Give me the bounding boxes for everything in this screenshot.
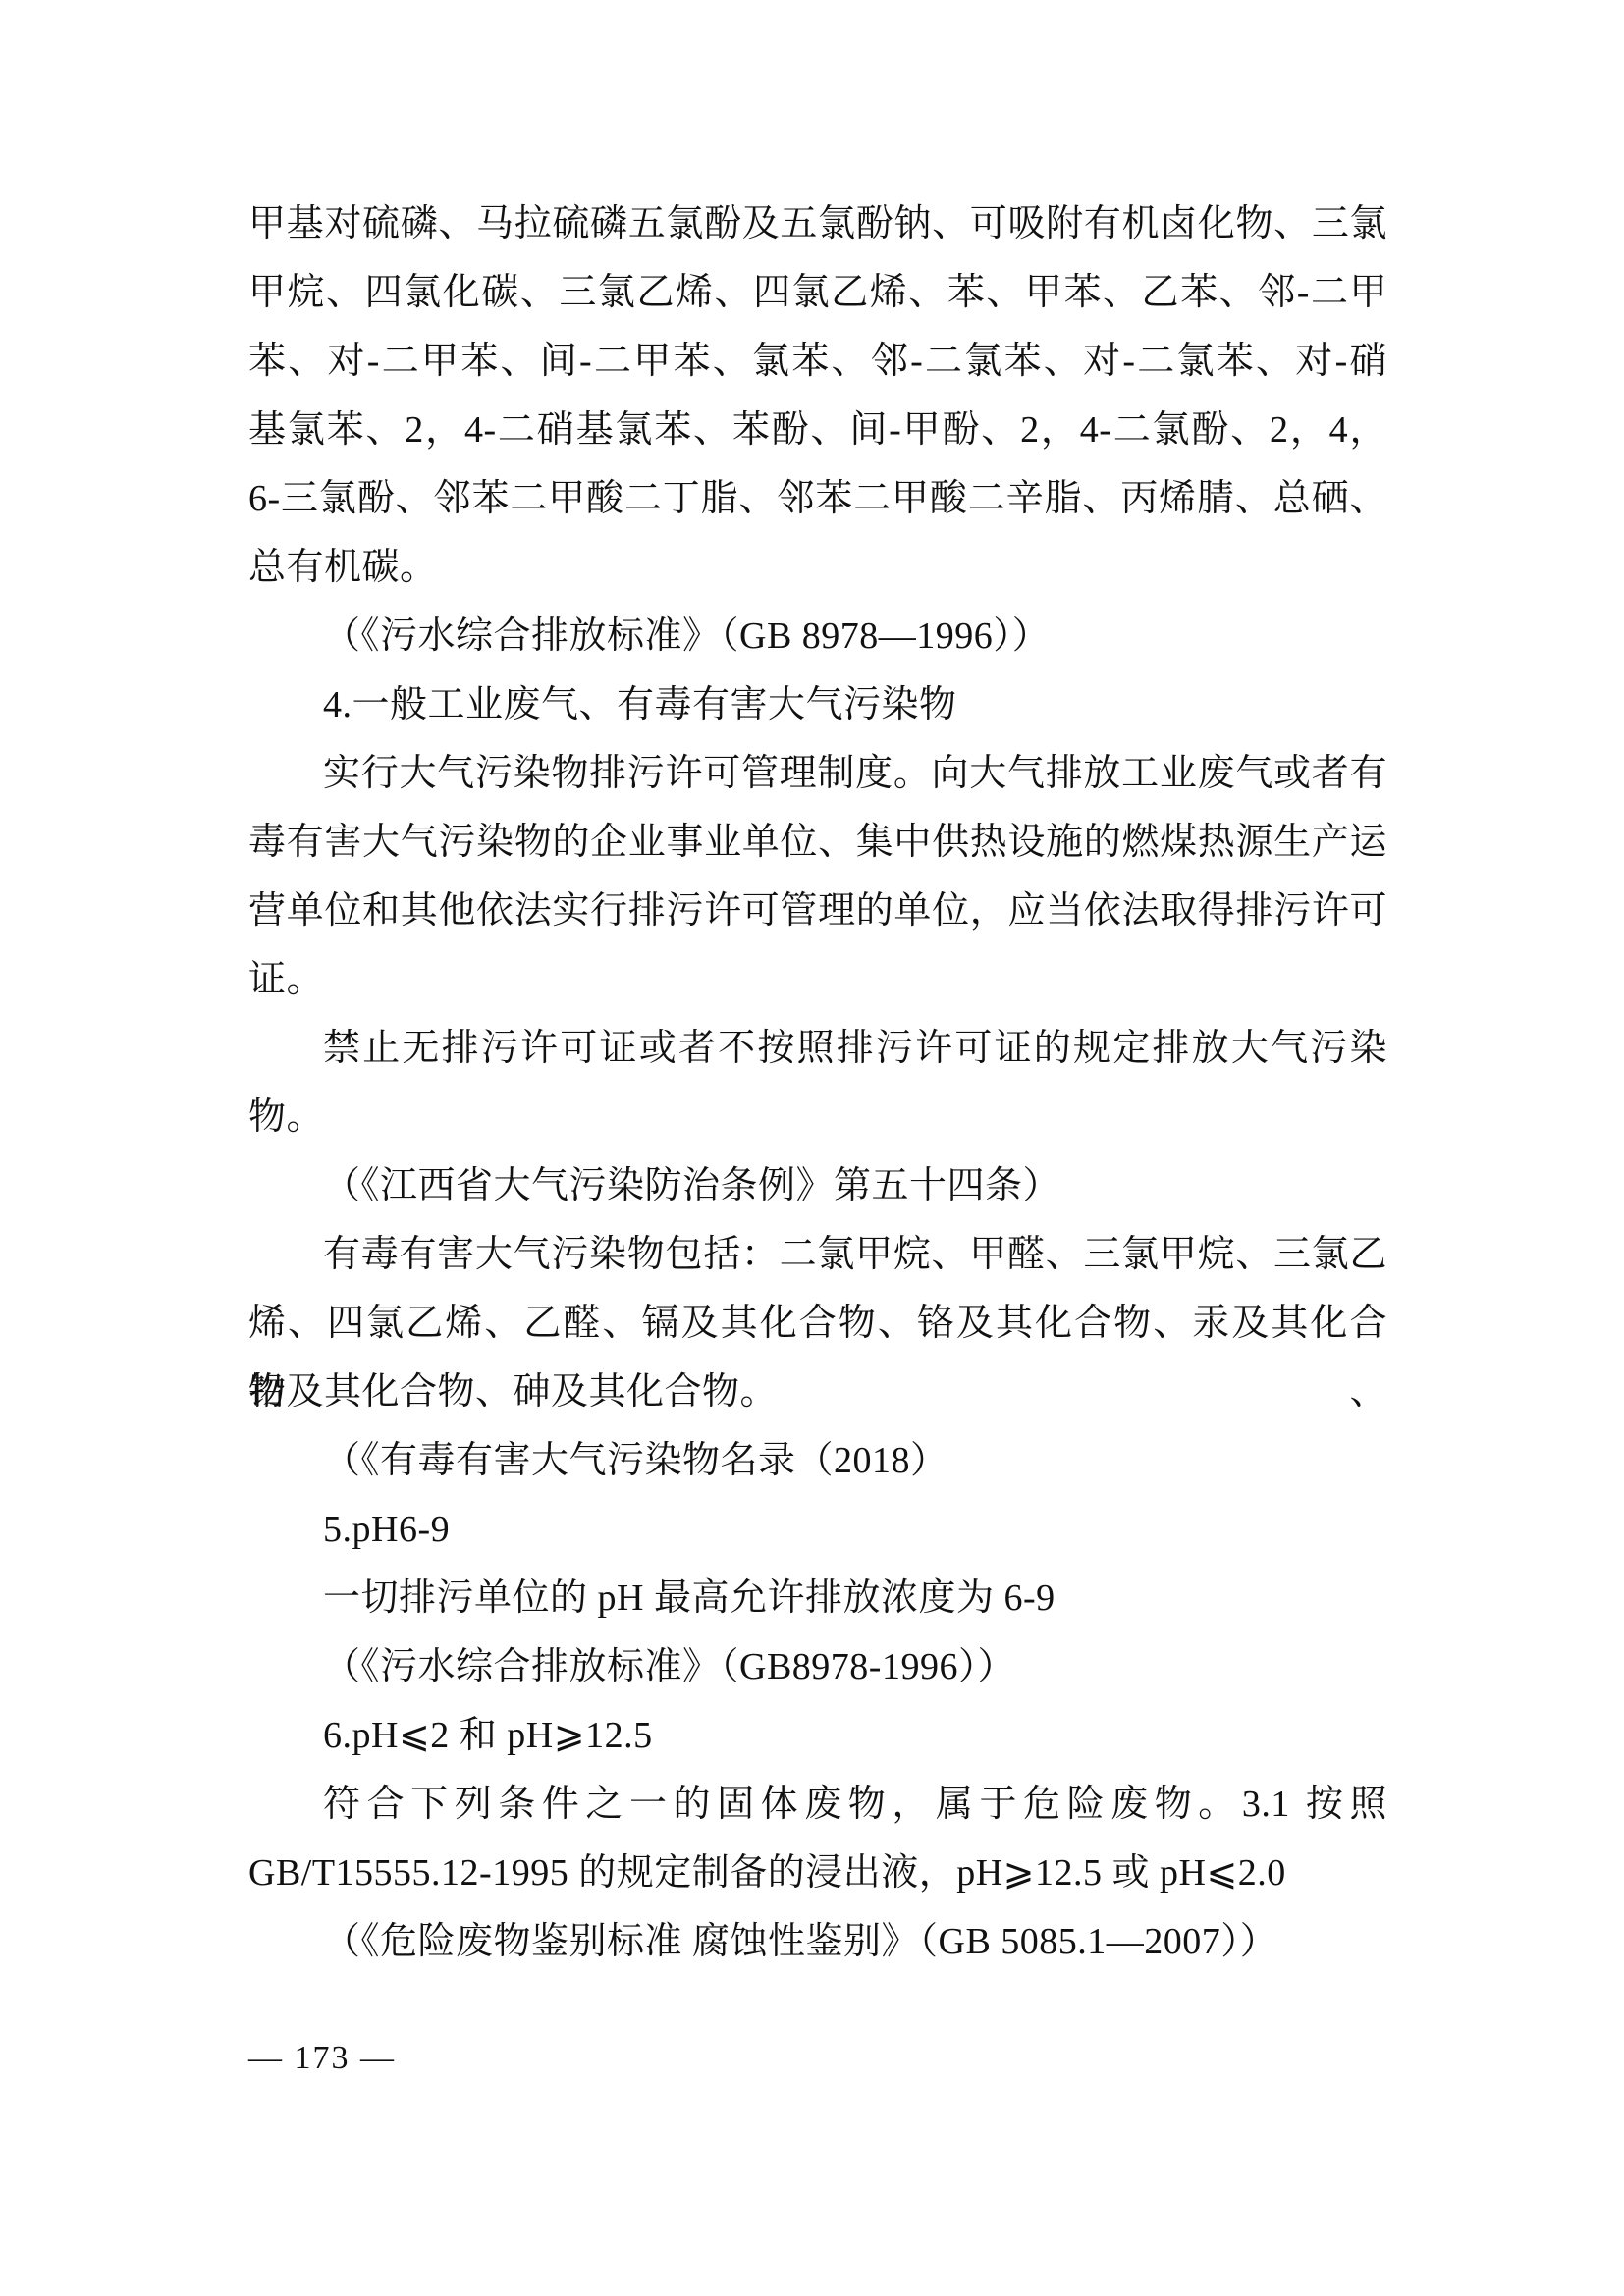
text-line-20: 5.pH6-9 — [248, 1495, 1387, 1564]
text-line-22: （《污水综合排放标准》（GB8978-1996）） — [248, 1632, 1387, 1701]
text-line-9: 实行大气污染物排污许可管理制度。向大气排放工业废气或者有 — [248, 739, 1387, 808]
text-line-23: 6.pH⩽2 和 pH⩾12.5 — [248, 1701, 1387, 1770]
text-line-8: 4.一般工业废气、有毒有害大气污染物 — [248, 670, 1387, 739]
text-line-13: 禁止无排污许可证或者不按照排污许可证的规定排放大气污染 — [248, 1014, 1387, 1083]
text-line-16: 有毒有害大气污染物包括：二氯甲烷、甲醛、三氯甲烷、三氯乙 — [248, 1220, 1387, 1289]
text-line-4: 基氯苯、2，4-二硝基氯苯、苯酚、间-甲酚、2，4-二氯酚、2，4， — [248, 396, 1387, 464]
text-line-26: （《危险废物鉴别标准 腐蚀性鉴别》（GB 5085.1—2007）） — [248, 1907, 1387, 1976]
text-line-10: 毒有害大气污染物的企业事业单位、集中供热设施的燃煤热源生产运 — [248, 808, 1387, 877]
document-body: 甲基对硫磷、马拉硫磷五氯酚及五氯酚钠、可吸附有机卤化物、三氯甲烷、四氯化碳、三氯… — [248, 189, 1387, 1976]
text-line-19: （《有毒有害大气污染物名录（2018） — [248, 1426, 1387, 1495]
text-line-21: 一切排污单位的 pH 最高允许排放浓度为 6-9 — [248, 1564, 1387, 1632]
page-number: — 173 — — [248, 2024, 396, 2093]
text-line-1: 甲基对硫磷、马拉硫磷五氯酚及五氯酚钠、可吸附有机卤化物、三氯 — [248, 189, 1387, 258]
text-line-2: 甲烷、四氯化碳、三氯乙烯、四氯乙烯、苯、甲苯、乙苯、邻-二甲 — [248, 258, 1387, 327]
text-line-17: 烯、四氯乙烯、乙醛、镉及其化合物、铬及其化合物、汞及其化合物、 — [248, 1289, 1387, 1358]
text-line-5: 6-三氯酚、邻苯二甲酸二丁脂、邻苯二甲酸二辛脂、丙烯腈、总硒、 — [248, 464, 1387, 533]
text-line-12: 证。 — [248, 945, 1387, 1014]
text-line-14: 物。 — [248, 1083, 1387, 1151]
text-line-7: （《污水综合排放标准》（GB 8978—1996）） — [248, 602, 1387, 670]
text-line-25: GB/T15555.12-1995 的规定制备的浸出液，pH⩾12.5 或 pH… — [248, 1839, 1387, 1907]
document-page: 甲基对硫磷、马拉硫磷五氯酚及五氯酚钠、可吸附有机卤化物、三氯甲烷、四氯化碳、三氯… — [0, 0, 1624, 2296]
text-line-6: 总有机碳。 — [248, 533, 1387, 602]
text-line-11: 营单位和其他依法实行排污许可管理的单位，应当依法取得排污许可 — [248, 877, 1387, 945]
text-line-24: 符合下列条件之一的固体废物，属于危险废物。3.1 按照 — [248, 1770, 1387, 1839]
text-line-3: 苯、对-二甲苯、间-二甲苯、氯苯、邻-二氯苯、对-二氯苯、对-硝 — [248, 327, 1387, 396]
text-line-15: （《江西省大气污染防治条例》第五十四条） — [248, 1151, 1387, 1220]
